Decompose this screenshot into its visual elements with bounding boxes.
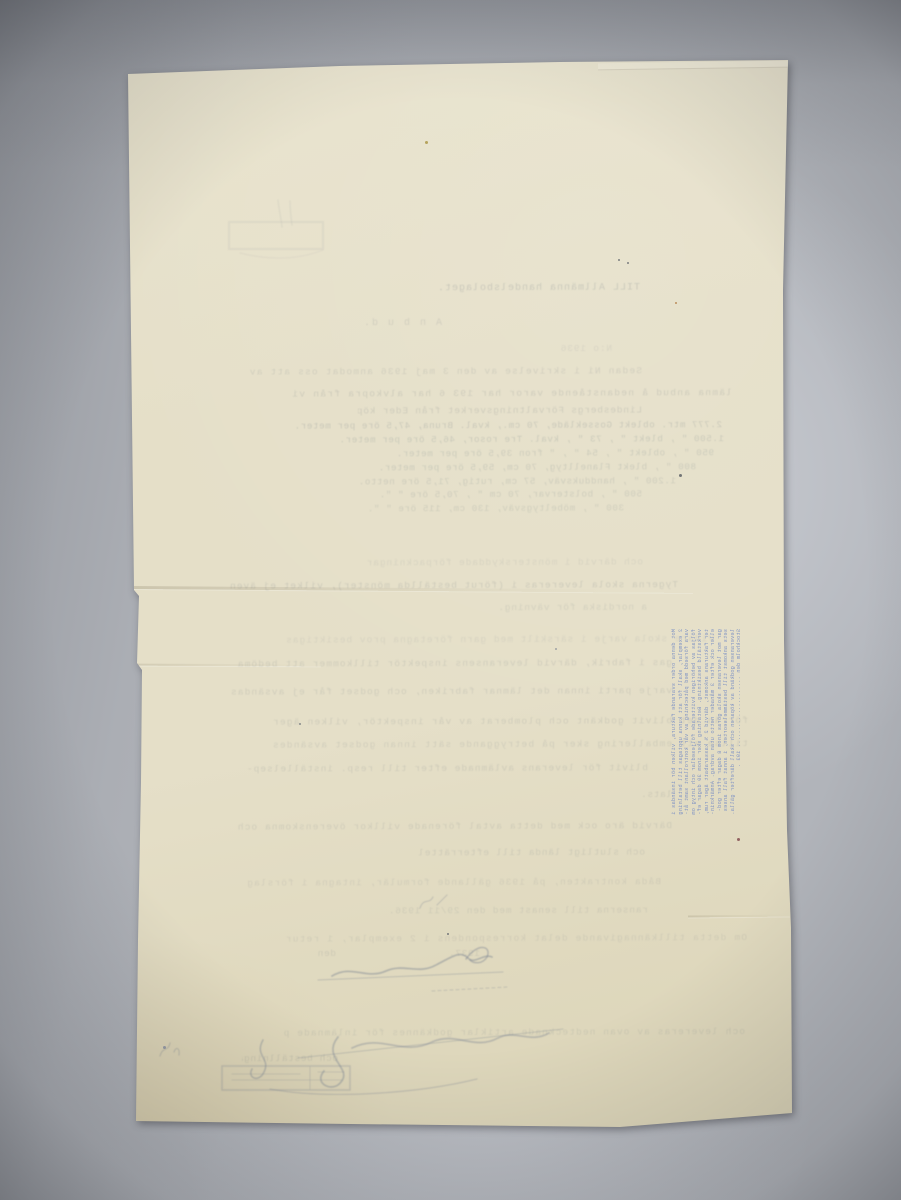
ghost-line: lats. xyxy=(640,789,672,803)
ghost-line: Lindesbergs Förvaltningsverket från Eder… xyxy=(358,405,642,419)
ghost-line: 1.500 " , blekt " , 73 " , kval. Tre ros… xyxy=(214,433,724,448)
paper-sheet-verso: TILL Allmänna handelsbolaget.A n b u d.N… xyxy=(0,0,901,1200)
ghost-line: 1937. xyxy=(444,948,480,962)
dust-speck xyxy=(425,141,428,144)
ghost-line: A n b u d. xyxy=(346,318,442,332)
dust-speck xyxy=(299,723,301,725)
dust-speck xyxy=(618,259,620,261)
ghost-line: 950 " , oblekt " , 54 " , " fron 39,5 ör… xyxy=(252,447,714,462)
ghost-line: 300 " , möbeltygsväv, 130 cm, 115 öre " … xyxy=(308,502,624,516)
ghost-line: blivit för leverans avlämnade efter till… xyxy=(178,762,648,777)
ghost-line: 800 " , blekt Flanelltyg, 70 cm, 59,5 ör… xyxy=(268,461,696,476)
ghost-line: tillse att emballering sker på betryggan… xyxy=(160,738,748,754)
dust-speck xyxy=(675,302,677,304)
ghost-line: och levereras av ovan nedtecknade artikl… xyxy=(182,1026,745,1041)
dust-speck xyxy=(737,838,740,841)
ghost-line: N:o 1936 xyxy=(540,343,612,357)
ghost-line: gas i fabrik, därvid leveransens inspekt… xyxy=(162,657,672,672)
ghost-line: Båda kontrakten, på 1936 gällande formul… xyxy=(177,876,661,891)
ghost-line: TILL Allmänna handelsbolaget. xyxy=(372,283,640,298)
ghost-line: a nordiska för vävning. xyxy=(432,602,647,616)
photo-of-document: TILL Allmänna handelsbolaget.A n b u d.N… xyxy=(0,0,901,1200)
ghost-line: och slutligt lända till efterrättelse. xyxy=(417,847,645,861)
ghost-line: den xyxy=(298,948,336,962)
dust-speck xyxy=(679,474,682,477)
stamp-text: Mot denna order svarande faktura, vilken… xyxy=(671,629,745,855)
paper-wrap: TILL Allmänna handelsbolaget.A n b u d.N… xyxy=(0,0,901,1200)
ghost-line: varje parti innan det lämnar fabriken, o… xyxy=(160,685,672,700)
ghost-line: Sedan Ni i skrivelse av den 3 maj 1936 a… xyxy=(192,365,642,380)
ghost-line: förrän det blivit godkänt och plomberat … xyxy=(160,715,748,731)
paper-shading xyxy=(0,0,901,1200)
ghost-line: Vidare skola varje i särskilt med garn f… xyxy=(242,633,714,648)
ghost-line: och därvid i mönsterskyddade förpackning… xyxy=(295,556,643,571)
ghost-line: Om detta tillkännagivande delat korrespo… xyxy=(170,932,747,948)
ghost-line: 2.777 mtr. oblekt Gossekläde, 70 cm., kv… xyxy=(220,419,722,434)
ghost-line: Tygerna skola levereras i (förut beställ… xyxy=(160,579,678,594)
ghost-line: och beställningar. xyxy=(242,1053,338,1067)
dust-speck xyxy=(163,1046,166,1049)
ghost-line: lämna anbud å nedanstående varor har 193… xyxy=(186,387,732,402)
ghost-line: 500 " , bolstervar, 70 cm " , 70,5 öre "… xyxy=(300,488,642,502)
dust-speck xyxy=(627,262,629,264)
blue-ink-stamp: Mot denna order svarande faktura, vilken… xyxy=(670,628,745,856)
dust-speck xyxy=(555,648,557,650)
ghost-line: ranserna till senast med den 29/11 1936. xyxy=(356,904,648,919)
ghost-line: Därvid äro ock med detta avtal förenade … xyxy=(170,820,672,835)
dust-speck xyxy=(447,933,449,935)
